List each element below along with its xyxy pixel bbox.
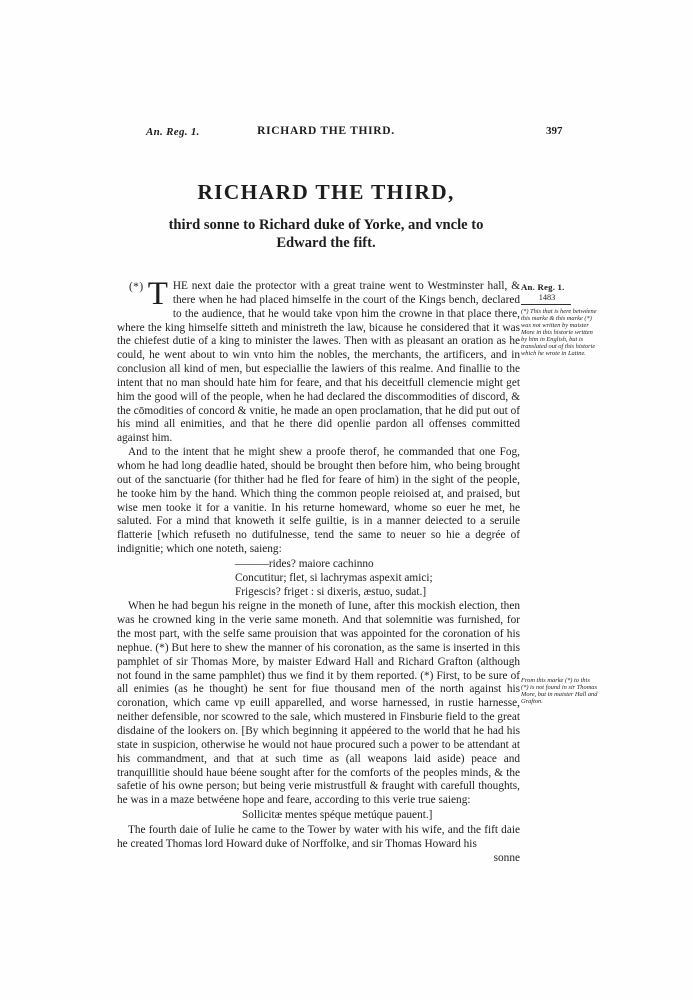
verse-quote-1: ———rides? maiore cachinno Concutitur; fl… <box>235 558 520 600</box>
paragraph-3: When he had begun his reigne in the mone… <box>117 600 520 808</box>
chapter-subtitle-line1: third sonne to Richard duke of Yorke, an… <box>107 217 545 235</box>
verse-line-3: Frigescis? friget : si dixeris, æstuo, s… <box>235 586 520 600</box>
book-page: An. Reg. 1. RICHARD THE THIRD. 397 RICHA… <box>0 0 693 1000</box>
chapter-title: RICHARD THE THIRD, <box>117 180 535 205</box>
margin-rule <box>521 304 571 305</box>
verse-line-2: Concutitur; flet, si lachrymas aspexit a… <box>235 572 520 586</box>
chapter-subtitle-line2: Edward the fift. <box>107 235 545 253</box>
margin-note-1: (*) This that is here betwéene this mark… <box>521 308 598 358</box>
paragraph-4: The fourth daie of Iulie he came to the … <box>117 824 520 852</box>
margin-note-2: From this marke (*) to this (*) is not f… <box>521 677 598 706</box>
page-number: 397 <box>546 125 563 137</box>
margin-note-regnal: An. Reg. 1. 1483 (*) This that is here b… <box>521 282 598 358</box>
margin-year: 1483 <box>521 293 573 303</box>
margin-regnal-year-label: An. Reg. 1. <box>521 282 598 293</box>
verse-quote-2: Sollicitæ mentes spéque metúque pauent.] <box>242 809 520 823</box>
running-header-center: RICHARD THE THIRD. <box>117 125 535 137</box>
paragraph-1-text: HE next daie the protector with a great … <box>117 280 520 444</box>
drop-cap: T <box>148 281 168 307</box>
paragraph-2: And to the intent that he might shew a p… <box>117 446 520 557</box>
dropcap-group: (*)T <box>129 281 168 307</box>
catchword: sonne <box>117 852 520 866</box>
paragraph-1: (*)THE next daie the protector with a gr… <box>117 280 520 446</box>
body-text: (*)THE next daie the protector with a gr… <box>117 280 520 865</box>
verse-line-1: ———rides? maiore cachinno <box>235 558 520 572</box>
section-mark: (*) <box>129 281 144 294</box>
chapter-subtitle: third sonne to Richard duke of Yorke, an… <box>107 217 545 252</box>
